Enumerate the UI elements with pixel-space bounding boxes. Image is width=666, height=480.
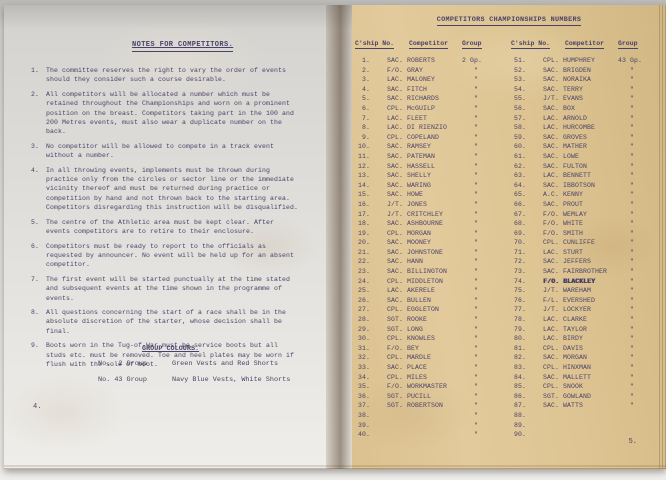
table-row: 7. LAC. FLEET ": [352, 114, 508, 124]
group-cell: ": [618, 171, 664, 181]
group-cell: [618, 421, 664, 431]
competitor-cell: SAC. HANN: [370, 257, 462, 267]
table-row: 23. SAC. BILLINGTON ": [352, 267, 508, 277]
group-cell: ": [462, 162, 508, 172]
competitor-cell: SGT. GOWLAND: [526, 392, 618, 402]
header-cship-no: C'ship No.: [511, 40, 550, 49]
left-page-number: 4.: [33, 403, 41, 411]
cship-number-cell: 75.: [508, 286, 526, 296]
table-row: 52. SAC. BRIGDEN ": [508, 66, 664, 76]
group-cell: ": [618, 229, 664, 239]
cship-number-cell: 21.: [352, 248, 370, 258]
table-row: 3. LAC. MALONEY ": [352, 75, 508, 85]
competitor-cell: SAC. PROUT: [526, 200, 618, 210]
group-cell: ": [462, 344, 508, 354]
competitor-cell: CPL. MIDDLETON: [370, 277, 462, 287]
table-row: 53. SAC. NORAIKA ": [508, 75, 664, 85]
competitor-cell: [526, 430, 618, 440]
competitor-cell: SGT. LONG: [370, 325, 462, 335]
cship-number-cell: 14.: [352, 181, 370, 191]
competitor-cell: CPL. SNOOK: [526, 382, 618, 392]
group-cell: ": [462, 325, 508, 335]
table-row: 64. SAC. IBBOTSON ": [508, 181, 664, 191]
competitor-cell: SAC. TERRY: [526, 85, 618, 95]
cship-number-cell: 9.: [352, 133, 370, 143]
cship-number-cell: 66.: [508, 200, 526, 210]
competitor-cell: CPL. HUMPHREY: [526, 56, 618, 66]
group-cell: ": [462, 277, 508, 287]
group-cell: ": [618, 66, 664, 76]
group-cell: ": [462, 363, 508, 373]
note-text: The committee reserves the right to vary…: [46, 66, 302, 85]
group-cell: ": [462, 353, 508, 363]
group-cell: ": [462, 392, 508, 402]
group-cell: ": [618, 353, 664, 363]
group-cell: ": [618, 382, 664, 392]
table-row: 68. F/O. WHITE ": [508, 219, 664, 229]
cship-number-cell: 74.: [508, 277, 526, 287]
note-item: 4. In all throwing events, implements mu…: [4, 166, 326, 213]
cship-number-cell: 65.: [508, 190, 526, 200]
table-row: 33. SAC. PLACE ": [352, 363, 508, 373]
cship-number-cell: 10.: [352, 142, 370, 152]
group-cell: ": [618, 305, 664, 315]
cship-number-cell: 72.: [508, 257, 526, 267]
group-cell: [618, 411, 664, 421]
cship-number-cell: 36.: [352, 392, 370, 402]
group-cell: ": [618, 162, 664, 172]
competitor-cell: SAC. MORGAN: [526, 353, 618, 363]
group-cell: ": [462, 210, 508, 220]
note-item: 5. The centre of the Athletic area must …: [4, 218, 326, 237]
cship-number-cell: 22.: [352, 257, 370, 267]
competitor-cell: [370, 430, 462, 440]
cship-number-cell: 5.: [352, 94, 370, 104]
rows-51-90: 51. CPL. HUMPHREY 43 Gp. 52. SAC. BRIGDE…: [508, 56, 664, 440]
competitor-cell: LAC. BIRDY: [526, 334, 618, 344]
group-cell: ": [618, 257, 664, 267]
competitor-cell: CPL. HINXMAN: [526, 363, 618, 373]
group-cell: ": [618, 210, 664, 220]
competitor-cell: F/O. WEMLAY: [526, 210, 618, 220]
numbers-table-right-half: C'ship No. Competitor Group 51. CPL. HUM…: [508, 38, 664, 440]
competitor-cell: [370, 421, 462, 431]
table-row: 61. SAC. LOWE ": [508, 152, 664, 162]
cship-number-cell: 88.: [508, 411, 526, 421]
group-cell: ": [618, 114, 664, 124]
cship-number-cell: 30.: [352, 334, 370, 344]
competitor-cell: F/O. GRAY: [370, 66, 462, 76]
header-group: Group: [618, 40, 638, 49]
cship-number-cell: 40.: [352, 430, 370, 440]
group-cell: ": [462, 219, 508, 229]
table-row: 22. SAC. HANN ": [352, 257, 508, 267]
competitor-cell: SAC. MATHER: [526, 142, 618, 152]
group-colours-row: No. 43 Group Navy Blue Vests, White Shor…: [4, 376, 326, 384]
group-cell: ": [462, 66, 508, 76]
group-cell: 2 Gp.: [462, 56, 508, 66]
competitor-cell: SAC. HOWE: [370, 190, 462, 200]
group-cell: ": [618, 334, 664, 344]
cship-number-cell: 68.: [508, 219, 526, 229]
cship-number-cell: 24.: [352, 277, 370, 287]
cship-number-cell: 61.: [508, 152, 526, 162]
table-row: 27. CPL. EGGLETON ": [352, 305, 508, 315]
competitor-cell: J/T. WAREHAM: [526, 286, 618, 296]
cship-number-cell: 11.: [352, 152, 370, 162]
competitor-cell: F/O. BEY: [370, 344, 462, 354]
table-row: 28. SGT. ROOKE ": [352, 315, 508, 325]
header-competitor: Competitor: [565, 40, 604, 49]
table-row: 80. LAC. BIRDY ": [508, 334, 664, 344]
competitor-cell: LAC. HURCOMBE: [526, 123, 618, 133]
cship-number-cell: 20.: [352, 238, 370, 248]
group-cell: ": [462, 296, 508, 306]
group-cell: ": [618, 85, 664, 95]
cship-number-cell: 38.: [352, 411, 370, 421]
table-row: 40. ": [352, 430, 508, 440]
note-item: 3. No competitor will be allowed to comp…: [4, 142, 326, 161]
cship-number-cell: 39.: [352, 421, 370, 431]
table-row: 63. LAC. BENNETT ": [508, 171, 664, 181]
competitor-cell: SAC. FULTON: [526, 162, 618, 172]
group-cell: ": [618, 104, 664, 114]
group-cell: ": [462, 373, 508, 383]
table-row: 55. J/T. EVANS ": [508, 94, 664, 104]
note-number: 5.: [4, 218, 46, 237]
table-row: 26. SAC. BULLEN ": [352, 296, 508, 306]
right-page-title: COMPETITORS CHAMPIONSHIPS NUMBERS: [352, 16, 666, 24]
cship-number-cell: 2.: [352, 66, 370, 76]
note-number: 6.: [4, 242, 46, 270]
cship-number-cell: 80.: [508, 334, 526, 344]
table-row: 59. SAC. GROVES ": [508, 133, 664, 143]
table-row: 34. CPL. MILES ": [352, 373, 508, 383]
group-cell: ": [618, 181, 664, 191]
competitor-cell: LAC. TAYLOR: [526, 325, 618, 335]
cship-number-cell: 60.: [508, 142, 526, 152]
cship-number-cell: 70.: [508, 238, 526, 248]
cship-number-cell: 64.: [508, 181, 526, 191]
group-cell: [618, 430, 664, 440]
table-row: 35. F/O. WORKMASTER ": [352, 382, 508, 392]
table-row: 13. SAC. SHELLY ": [352, 171, 508, 181]
group-cell: ": [462, 238, 508, 248]
competitor-cell: SAC. WARING: [370, 181, 462, 191]
cship-number-cell: 84.: [508, 373, 526, 383]
competitor-cell: CPL. KNOWLES: [370, 334, 462, 344]
group-cell: ": [618, 123, 664, 133]
note-text: Competitors must be ready to report to t…: [46, 242, 302, 270]
cship-number-cell: 81.: [508, 344, 526, 354]
group-cell: ": [618, 219, 664, 229]
group-cell: ": [462, 421, 508, 431]
competitor-cell: [370, 411, 462, 421]
table-row: 60. SAC. MATHER ": [508, 142, 664, 152]
cship-number-cell: 56.: [508, 104, 526, 114]
group-cell: ": [618, 363, 664, 373]
competitor-cell: SAC. LOWE: [526, 152, 618, 162]
cship-number-cell: 15.: [352, 190, 370, 200]
table-row: 84. SAC. MALLETT ": [508, 373, 664, 383]
table-row: 36. SGT. PUCILL ": [352, 392, 508, 402]
group-cell: ": [462, 200, 508, 210]
competitor-cell: SAC. BOX: [526, 104, 618, 114]
cship-number-cell: 58.: [508, 123, 526, 133]
cship-number-cell: 53.: [508, 75, 526, 85]
group-cell: ": [618, 238, 664, 248]
scanned-booklet-spread: NOTES FOR COMPETITORS. 1. The committee …: [4, 5, 666, 469]
group-cell: ": [618, 344, 664, 354]
competitor-cell: F/L. EVERSHED: [526, 296, 618, 306]
table-row: 87. SAC. WATTS ": [508, 401, 664, 411]
cship-number-cell: 19.: [352, 229, 370, 239]
cship-number-cell: 77.: [508, 305, 526, 315]
competitor-cell: CPL. McGUILP: [370, 104, 462, 114]
table-row: 5. SAC. RICHARDS ": [352, 94, 508, 104]
table-row: 72. SAC. JEFFERS ": [508, 257, 664, 267]
table-row: 9. CPL. COPELAND ": [352, 133, 508, 143]
table-row: 10. SAC. RAMSEY ": [352, 142, 508, 152]
cship-number-cell: 32.: [352, 353, 370, 363]
table-row: 81. CPL. DAVIS ": [508, 344, 664, 354]
group-cell: ": [462, 94, 508, 104]
group-cell: ": [618, 200, 664, 210]
group-cell: ": [462, 430, 508, 440]
competitor-cell: SAC. MOONEY: [370, 238, 462, 248]
right-page: COMPETITORS CHAMPIONSHIPS NUMBERS C'ship…: [352, 5, 666, 469]
cship-number-cell: 69.: [508, 229, 526, 239]
cship-number-cell: 29.: [352, 325, 370, 335]
table-row: 1. SAC. ROBERTS 2 Gp.: [352, 56, 508, 66]
group-cell: ": [462, 104, 508, 114]
cship-number-cell: 7.: [352, 114, 370, 124]
cship-number-cell: 25.: [352, 286, 370, 296]
note-number: 7.: [4, 275, 46, 303]
group-colours-value: Green Vests and Red Shorts: [172, 360, 278, 368]
competitor-cell: SAC. FITCH: [370, 85, 462, 95]
group-cell: ": [462, 133, 508, 143]
competitor-cell: SGT. PUCILL: [370, 392, 462, 402]
cship-number-cell: 78.: [508, 315, 526, 325]
table-row: 31. F/O. BEY ": [352, 344, 508, 354]
competitor-cell: CPL. EGGLETON: [370, 305, 462, 315]
competitor-cell: J/T. EVANS: [526, 94, 618, 104]
cship-number-cell: 67.: [508, 210, 526, 220]
competitor-cell: SAC. JEFFERS: [526, 257, 618, 267]
note-text: All competitors will be allocated a numb…: [46, 90, 302, 137]
group-cell: ": [618, 401, 664, 411]
cship-number-cell: 26.: [352, 296, 370, 306]
left-page: NOTES FOR COMPETITORS. 1. The committee …: [4, 5, 326, 469]
competitor-cell: SAC. NORAIKA: [526, 75, 618, 85]
table-row: 82. SAC. MORGAN ": [508, 353, 664, 363]
group-cell: ": [618, 325, 664, 335]
group-cell: ": [462, 171, 508, 181]
group-cell: ": [462, 286, 508, 296]
competitor-cell: SAC. PLACE: [370, 363, 462, 373]
table-row: 71. LAC. STURT ": [508, 248, 664, 258]
header-cship-no: C'ship No.: [355, 40, 394, 49]
cship-number-cell: 89.: [508, 421, 526, 431]
table-row: 12. SAC. HASSELL ": [352, 162, 508, 172]
table-row: 65. A.C. KENNY ": [508, 190, 664, 200]
table-row: 58. LAC. HURCOMBE ": [508, 123, 664, 133]
group-cell: ": [462, 152, 508, 162]
cship-number-cell: 73.: [508, 267, 526, 277]
group-cell: ": [618, 142, 664, 152]
cship-number-cell: 57.: [508, 114, 526, 124]
group-cell: ": [618, 315, 664, 325]
group-cell: ": [462, 142, 508, 152]
competitor-cell: LAC. AKERELE: [370, 286, 462, 296]
group-name: No. 43 Group: [98, 376, 172, 384]
group-cell: ": [618, 94, 664, 104]
numbers-table-left-half: C'ship No. Competitor Group 1. SAC. ROBE…: [352, 38, 508, 440]
competitor-cell: LAC. STURT: [526, 248, 618, 258]
group-colours-row: No. 2 Group Green Vests and Red Shorts: [4, 360, 326, 368]
cship-number-cell: 62.: [508, 162, 526, 172]
cship-number-cell: 59.: [508, 133, 526, 143]
group-cell: ": [618, 248, 664, 258]
competitor-cell: CPL. MILES: [370, 373, 462, 383]
cship-number-cell: 85.: [508, 382, 526, 392]
group-cell: ": [462, 267, 508, 277]
group-cell: ": [462, 305, 508, 315]
competitor-cell: LAC. FLEET: [370, 114, 462, 124]
note-number: 2.: [4, 90, 46, 137]
note-text: No competitor will be allowed to compete…: [46, 142, 302, 161]
note-text: In all throwing events, implements must …: [46, 166, 302, 213]
note-item: 7. The first event will be started punct…: [4, 275, 326, 303]
competitor-cell: J/T. JONES: [370, 200, 462, 210]
cship-number-cell: 27.: [352, 305, 370, 315]
note-number: 1.: [4, 66, 46, 85]
competitor-cell: [526, 411, 618, 421]
cship-number-cell: 12.: [352, 162, 370, 172]
competitor-cell: F/O. WORKMASTER: [370, 382, 462, 392]
competitor-cell: SAC. SHELLY: [370, 171, 462, 181]
cship-number-cell: 31.: [352, 344, 370, 354]
table-row: 90.: [508, 430, 664, 440]
note-item: 8. All questions concerning the start of…: [4, 308, 326, 336]
column-headers: C'ship No. Competitor Group: [352, 38, 508, 56]
note-number: 8.: [4, 308, 46, 336]
competitor-cell: LAC. BENNETT: [526, 171, 618, 181]
cship-number-cell: 83.: [508, 363, 526, 373]
group-cell: ": [462, 123, 508, 133]
note-text: The first event will be started punctual…: [46, 275, 302, 303]
cship-number-cell: 23.: [352, 267, 370, 277]
cship-number-cell: 87.: [508, 401, 526, 411]
cship-number-cell: 3.: [352, 75, 370, 85]
table-row: 85. CPL. SNOOK ": [508, 382, 664, 392]
table-row: 74. F/O. BLACKLEY ": [508, 277, 664, 287]
cship-number-cell: 35.: [352, 382, 370, 392]
book-gutter: [326, 5, 352, 469]
table-row: 4. SAC. FITCH ": [352, 85, 508, 95]
table-row: 14. SAC. WARING ": [352, 181, 508, 191]
competitor-cell: F/O. BLACKLEY: [526, 277, 618, 287]
competitor-cell: SAC. MALLETT: [526, 373, 618, 383]
cship-number-cell: 71.: [508, 248, 526, 258]
note-text: All questions concerning the start of a …: [46, 308, 302, 336]
competitor-cell: SAC. JOHNSTONE: [370, 248, 462, 258]
table-row: 2. F/O. GRAY ": [352, 66, 508, 76]
table-row: 32. CPL. MARDLE ": [352, 353, 508, 363]
table-row: 11. SAC. PATEMAN ": [352, 152, 508, 162]
group-name: No. 2 Group: [98, 360, 172, 368]
competitor-cell: CPL. CUNLIFFE: [526, 238, 618, 248]
group-cell: ": [618, 373, 664, 383]
group-cell: ": [462, 114, 508, 124]
group-cell: ": [618, 152, 664, 162]
table-row: 39. ": [352, 421, 508, 431]
group-cell: ": [462, 248, 508, 258]
cship-number-cell: 51.: [508, 56, 526, 66]
table-row: 29. SGT. LONG ": [352, 325, 508, 335]
table-row: 38. ": [352, 411, 508, 421]
table-row: 37. SGT. ROBERTSON ": [352, 401, 508, 411]
cship-number-cell: 17.: [352, 210, 370, 220]
competitor-cell: SAC. IBBOTSON: [526, 181, 618, 191]
table-row: 56. SAC. BOX ": [508, 104, 664, 114]
table-row: 21. SAC. JOHNSTONE ": [352, 248, 508, 258]
competitor-cell: LAC. CLARKE: [526, 315, 618, 325]
numbers-table: C'ship No. Competitor Group 1. SAC. ROBE…: [352, 38, 664, 440]
cship-number-cell: 54.: [508, 85, 526, 95]
competitor-cell: SAC. RAMSEY: [370, 142, 462, 152]
group-colours-title: GROUP COLOURS.: [142, 345, 199, 353]
table-row: 76. F/L. EVERSHED ": [508, 296, 664, 306]
table-row: 62. SAC. FULTON ": [508, 162, 664, 172]
table-row: 75. J/T. WAREHAM ": [508, 286, 664, 296]
competitor-cell: SGT. ROBERTSON: [370, 401, 462, 411]
table-row: 24. CPL. MIDDLETON ": [352, 277, 508, 287]
table-row: 86. SGT. GOWLAND ": [508, 392, 664, 402]
competitor-cell: SAC. ASHBOURNE: [370, 219, 462, 229]
note-number: 4.: [4, 166, 46, 213]
competitor-cell: SAC. PATEMAN: [370, 152, 462, 162]
cship-number-cell: 37.: [352, 401, 370, 411]
right-page-number: 5.: [629, 438, 637, 446]
table-row: 89.: [508, 421, 664, 431]
table-row: 25. LAC. AKERELE ": [352, 286, 508, 296]
header-competitor: Competitor: [409, 40, 448, 49]
table-row: 66. SAC. PROUT ": [508, 200, 664, 210]
rows-1-40: 1. SAC. ROBERTS 2 Gp. 2. F/O. GRAY " 3. …: [352, 56, 508, 440]
table-row: 30. CPL. KNOWLES ": [352, 334, 508, 344]
competitor-cell: J/T. LOCKYER: [526, 305, 618, 315]
group-cell: ": [462, 315, 508, 325]
cship-number-cell: 86.: [508, 392, 526, 402]
table-row: 17. J/T. CRITCHLEY ": [352, 210, 508, 220]
competitor-cell: SAC. BRIGDEN: [526, 66, 618, 76]
competitor-cell: SAC. FAIRBROTHER: [526, 267, 618, 277]
group-cell: ": [462, 229, 508, 239]
competitor-cell: A.C. KENNY: [526, 190, 618, 200]
cship-number-cell: 79.: [508, 325, 526, 335]
table-row: 78. LAC. CLARKE ": [508, 315, 664, 325]
table-row: 18. SAC. ASHBOURNE ": [352, 219, 508, 229]
cship-number-cell: 34.: [352, 373, 370, 383]
cship-number-cell: 76.: [508, 296, 526, 306]
group-cell: ": [462, 411, 508, 421]
competitor-cell: SGT. ROOKE: [370, 315, 462, 325]
competitor-cell: SAC. HASSELL: [370, 162, 462, 172]
competitor-cell: CPL. MARDLE: [370, 353, 462, 363]
competitor-cell: LAC. ARNOLD: [526, 114, 618, 124]
